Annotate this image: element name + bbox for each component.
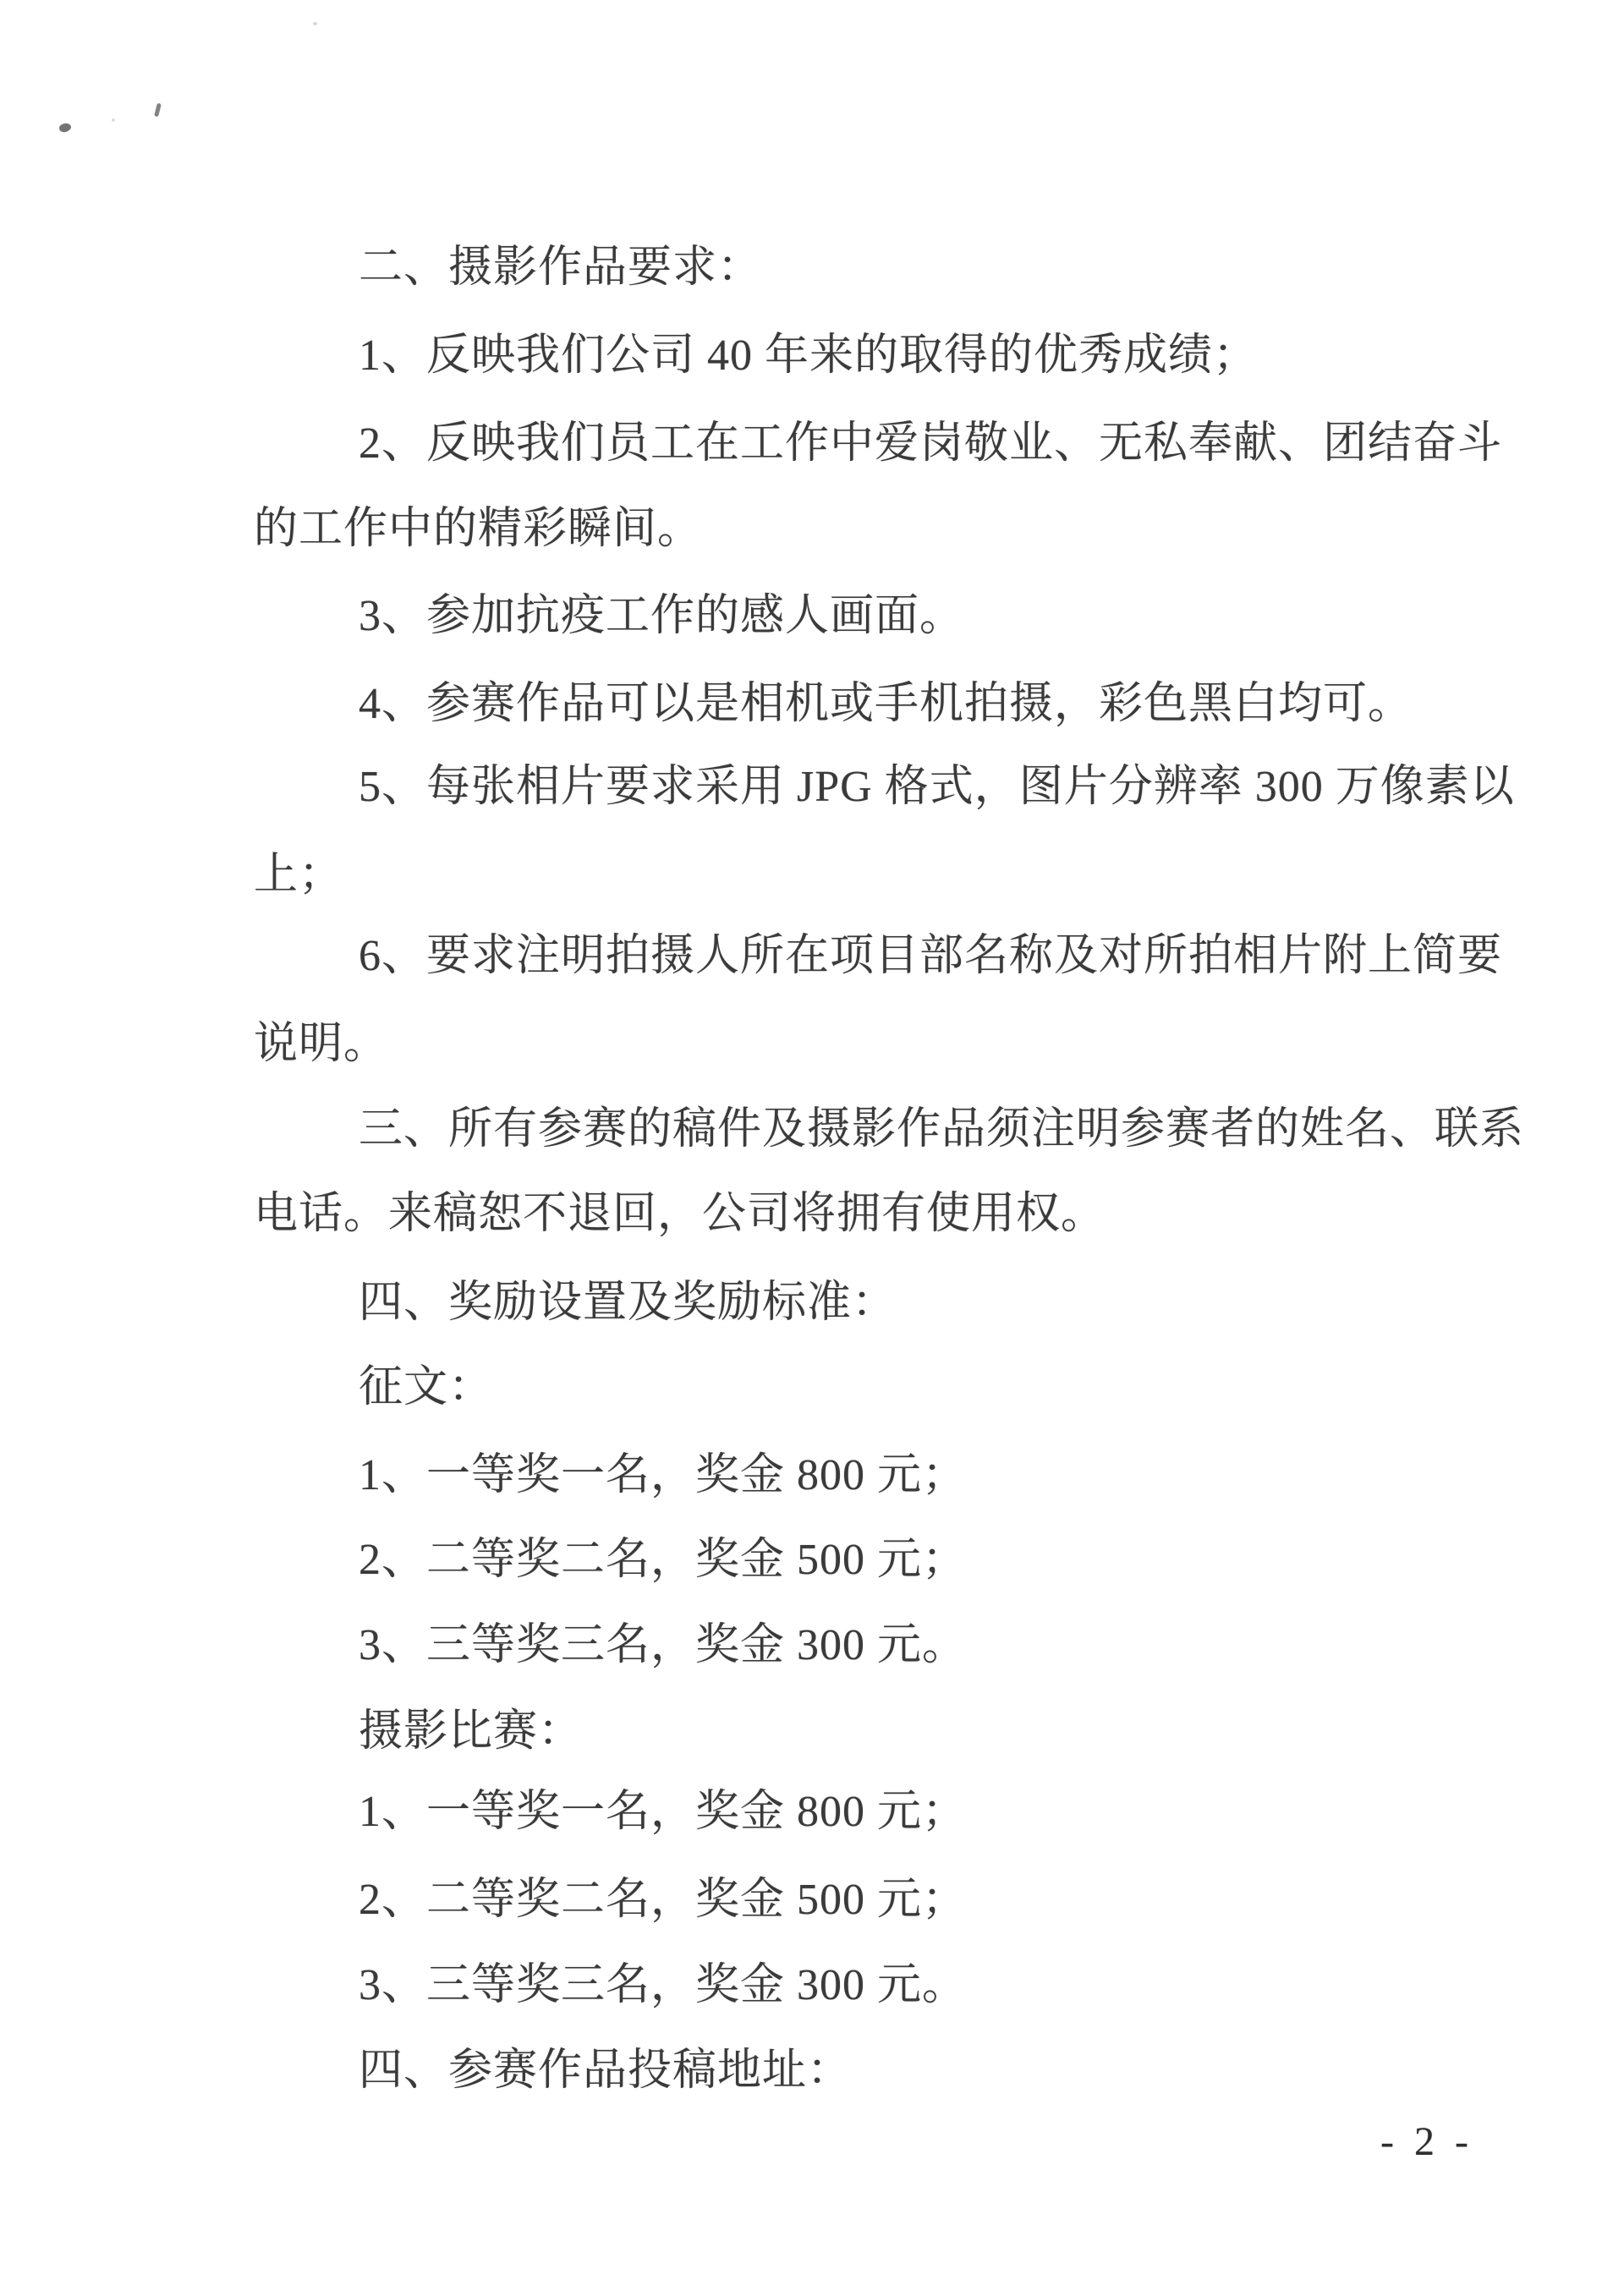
text-line-section-three-continuation: 电话。来稿恕不退回，公司将拥有使用权。 bbox=[254, 1181, 1106, 1248]
scan-speck bbox=[154, 103, 162, 118]
text-line-item-1: 1、反映我们公司 40 年来的取得的优秀成绩； bbox=[359, 322, 1258, 390]
text-line-item-2-continuation: 的工作中的精彩瞬间。 bbox=[254, 496, 702, 563]
text-line-item-3: 3、参加抗疫工作的感人画面。 bbox=[359, 583, 964, 650]
text-line-photo-prize-3: 3、三等奖三名，奖金 300 元。 bbox=[359, 1952, 967, 2019]
text-line-section-submission-address: 四、参赛作品投稿地址： bbox=[359, 2037, 852, 2105]
text-line-section-four-awards: 四、奖励设置及奖励标准： bbox=[359, 1269, 897, 1337]
text-line-item-6: 6、要求注明拍摄人所在项目部名称及对所拍相片附上简要 bbox=[359, 923, 1502, 990]
scan-speck bbox=[58, 122, 72, 134]
text-line-photo-contest-heading: 摄影比赛： bbox=[359, 1698, 583, 1766]
text-line-section-three: 三、所有参赛的稿件及摄影作品须注明参赛者的姓名、联系 bbox=[359, 1096, 1524, 1164]
text-line-item-5-continuation: 上； bbox=[254, 841, 343, 909]
page-number: - 2 - bbox=[1380, 2112, 1473, 2172]
text-line-photo-prize-2: 2、二等奖二名，奖金 500 元； bbox=[359, 1866, 967, 1934]
text-line-photo-prize-1: 1、一等奖一名，奖金 800 元； bbox=[359, 1778, 967, 1846]
scan-speck bbox=[112, 118, 115, 122]
text-line-essay-prize-1: 1、一等奖一名，奖金 800 元； bbox=[359, 1442, 967, 1510]
text-line-item-4: 4、参赛作品可以是相机或手机拍摄，彩色黑白均可。 bbox=[359, 671, 1413, 738]
text-line-essay-prize-3: 3、三等奖三名，奖金 300 元。 bbox=[359, 1612, 967, 1680]
scan-speck bbox=[313, 22, 317, 25]
text-line-item-5: 5、每张相片要求采用 JPG 格式，图片分辨率 300 万像素以 bbox=[359, 753, 1515, 821]
scanned-document-page: 二、摄影作品要求： 1、反映我们公司 40 年来的取得的优秀成绩； 2、反映我们… bbox=[0, 0, 1624, 2296]
text-line-essay-heading: 征文： bbox=[359, 1354, 493, 1422]
text-line-item-6-continuation: 说明。 bbox=[254, 1011, 388, 1078]
text-line-item-2: 2、反映我们员工在工作中爱岗敬业、无私奉献、团结奋斗 bbox=[359, 410, 1502, 478]
text-line-section-photo-requirements: 二、摄影作品要求： bbox=[359, 234, 762, 302]
text-line-essay-prize-2: 2、二等奖二名，奖金 500 元； bbox=[359, 1526, 967, 1594]
